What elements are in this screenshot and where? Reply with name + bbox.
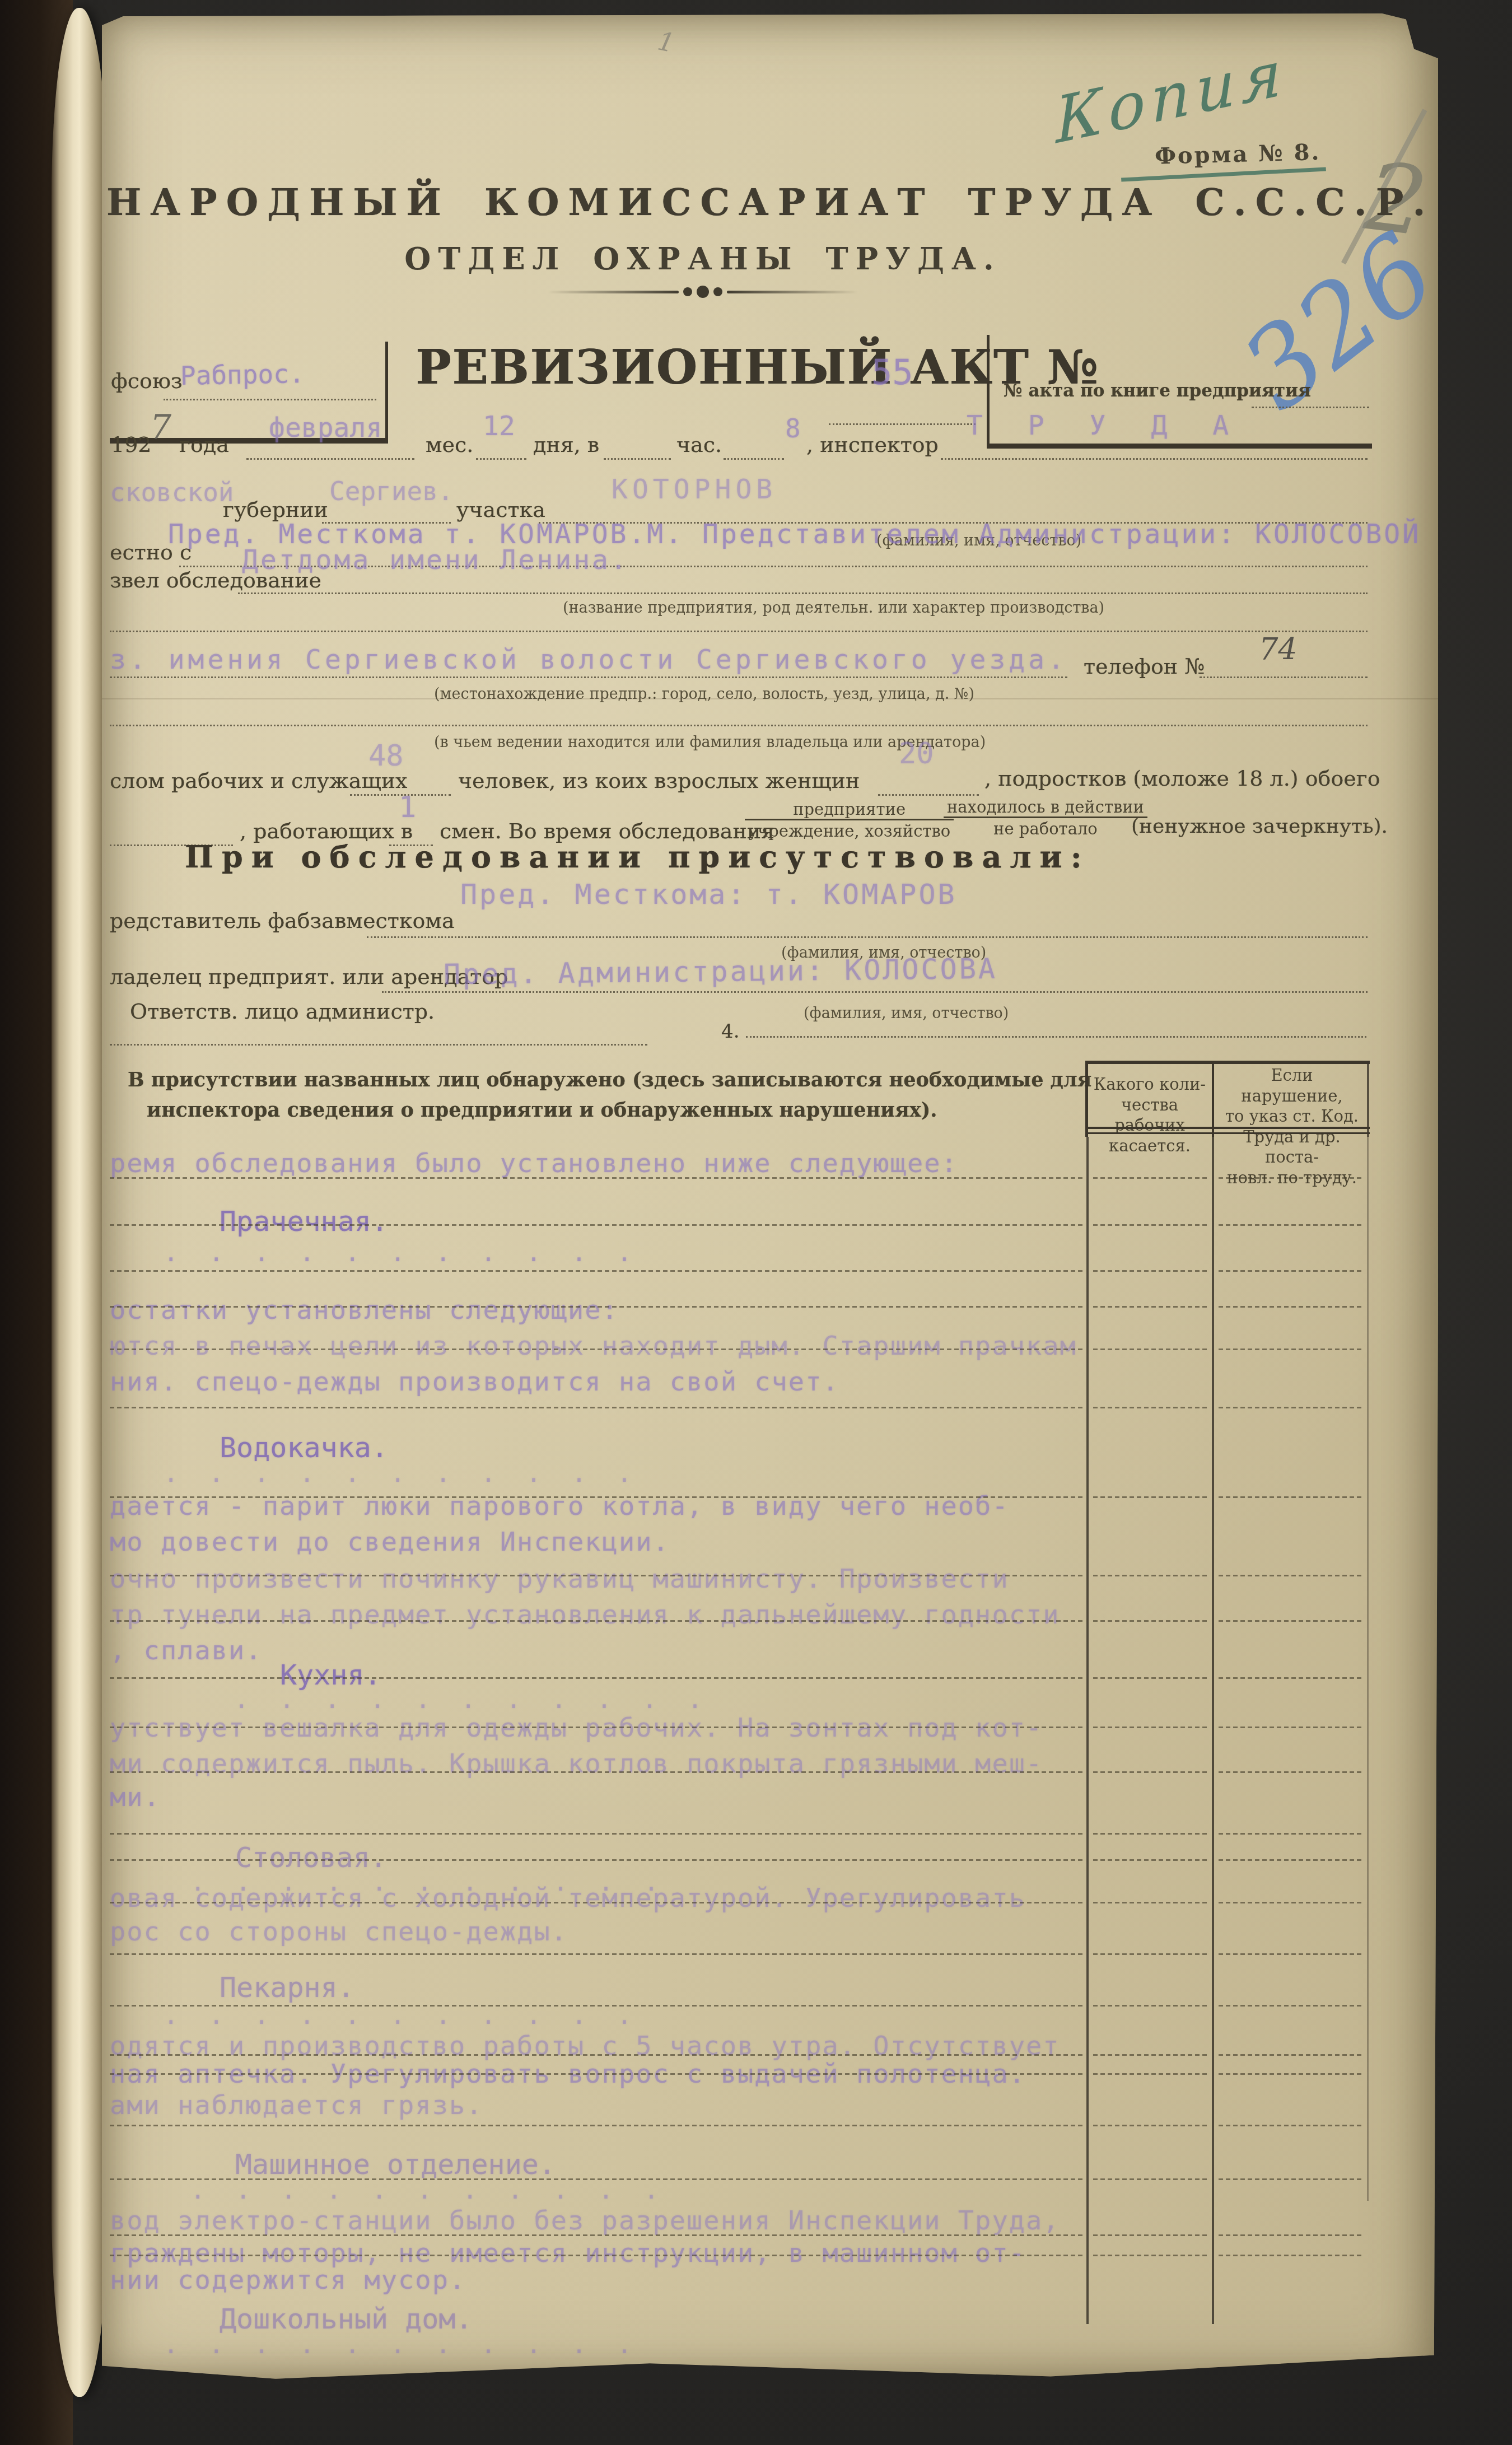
month-typed: февраля [269,412,382,444]
ruled-dashed-line [1093,1575,1207,1576]
form-number-stamp: Форма № 8. [1154,139,1320,170]
dotted-line [382,991,1368,993]
ruled-dashed-line [110,2178,1083,2180]
ruled-dashed-line [1093,1349,1207,1350]
body-line: мо довести до сведения Инспекции. [110,1527,670,1557]
ruled-dashed-line [110,2255,1083,2256]
page-edge-curl [52,8,108,2397]
table-double-rule [1085,1132,1370,1134]
ruled-dashed-line [110,2125,1083,2126]
union-value-typed: Рабпрос. [180,358,305,391]
option-predpriyatie: предприятие учреждение, хозяйство [745,800,954,841]
dotted-line [110,725,1368,726]
ruled-dashed-line [1093,2005,1207,2007]
ruled-dashed-line [1219,1270,1364,1272]
survey-note: (название предприятия, род деятельн. или… [563,599,1104,617]
workers-label1: слом рабочих и служащих [110,768,408,793]
act-book-label: № акта по книге предприятия [1004,381,1311,401]
typed-dots: . . . . . . . . . . . [164,1459,640,1488]
ruled-dashed-line [1219,1306,1364,1308]
ruled-dashed-line [1093,1224,1207,1226]
present-item4: 4. [721,1020,739,1043]
ruled-dashed-line [1219,1224,1364,1226]
ruled-dashed-line [1219,1953,1364,1955]
workers-label3: , подростков (моложе 18 л.) обоего [984,766,1380,791]
ruled-dashed-line [110,1349,1083,1350]
ruled-dashed-line [110,1306,1083,1308]
ruled-dashed-line [1093,1771,1207,1773]
day-word: дня, в [533,432,599,457]
table-border-left [1085,1061,1088,1137]
act-title: РЕВИЗИОННЫЙ АКТ № [416,339,1099,395]
ruled-dashed-line [1219,1349,1364,1350]
ruled-dashed-line [1219,1620,1364,1622]
inspector-typed: Т Р У Д А [967,410,1243,441]
ruled-dashed-line [110,1224,1083,1226]
location-value-typed: з. имения Сергиевской волости Сергиевско… [110,644,1067,675]
typed-dots: . . . . . . . . . . . [190,2176,666,2205]
ruled-dashed-line [1219,2125,1364,2126]
workers-total-typed: 48 [368,739,404,773]
option-deistvie: находилось в действии не работало [944,797,1147,838]
dotted-line [110,631,1368,632]
ruled-dashed-line [1093,1306,1207,1308]
ruled-dashed-line [1219,1575,1364,1576]
phone-label: телефон № [1084,654,1205,679]
body-line: очно произвести починку рукавиц машинист… [110,1564,1009,1594]
dotted-line [476,458,526,460]
ruled-dashed-line [1093,1620,1207,1622]
guberniya-name-typed: Сергиев. [329,476,454,506]
ruled-dashed-line [1093,2073,1207,2075]
ruled-dashed-line [1219,2234,1364,2236]
ruled-dashed-line [110,2073,1083,2075]
ruled-dashed-line [1219,1833,1364,1835]
ruled-dashed-line [1219,1727,1364,1728]
year-handwritten: 7 [150,408,171,447]
table-border-right [1367,1061,1369,1137]
option1-bottom: учреждение, хозяйство [745,819,954,841]
present-row1-label: редставитель фабзавместкома [110,908,455,933]
table-top-rule [1085,1061,1370,1064]
dotted-line [829,423,976,425]
body-line: рос со стороны спецо-дежды. [110,1916,568,1947]
body-line: овая содержится с холодной температурой.… [110,1883,1026,1914]
table-column-line [1212,1137,1214,2324]
act-number-typed: 55 [871,352,913,393]
workers-women-typed: 20 [899,737,934,771]
present-heading: При обследовании присутствовали: [185,839,1090,875]
ruled-dashed-line [110,1177,1083,1179]
day-typed: 12 [483,410,515,442]
ruled-dashed-line [110,1270,1083,1272]
dotted-line [604,458,671,460]
ruled-dashed-line [110,1575,1083,1576]
ruled-dashed-line [1093,2125,1207,2126]
ruled-dashed-line [1219,1177,1364,1179]
body-line: дается - парит люки парового котла, в ви… [110,1491,1009,1522]
ruled-dashed-line [1093,1496,1207,1498]
findings-intro-line2: инспектора сведения о предприятии и обна… [147,1099,937,1122]
survey-value-typed: Детдома имени Ленина. [242,544,629,576]
section-laundry: Прачечная. [220,1205,388,1238]
body-line: остатки установлены следующие: [110,1295,619,1326]
ruled-dashed-line [1219,2255,1364,2256]
ruled-dashed-line [1093,1677,1207,1679]
ruled-dashed-line [110,1833,1083,1835]
shifts-label3: (ненужное зачеркнуть). [1131,815,1388,838]
dotted-line [1252,407,1369,408]
ruled-dashed-line [110,1407,1083,1408]
mes-word: мес. [426,432,473,457]
option2-bottom: не работало [944,816,1147,838]
present-row2-typed: Пред. Администрации: КОЛОСОВА [444,953,998,991]
vertical-rule [385,342,388,444]
ruled-dashed-line [110,2234,1083,2236]
findings-intro-line1: В присутствии названных лиц обнаружено (… [128,1068,1091,1091]
present-row1-typed: Пред. Месткома: т. КОМАРОВ [460,878,957,911]
ruled-dashed-line [1219,1771,1364,1773]
typed-dots: . . . . . . . . . . . [164,1239,640,1267]
ruled-dashed-line [1219,1496,1364,1498]
ruled-dashed-line [1093,1270,1207,1272]
dotted-line [110,676,1067,678]
ruled-dashed-line [1219,2178,1364,2180]
ruled-dashed-line [1219,1859,1364,1861]
body-line: одятся и производство работы с 5 часов у… [110,2031,1060,2061]
typed-dots: . . . . . . . . . . . [234,1686,710,1714]
ruled-dashed-line [1219,2054,1364,2056]
ruled-dashed-line [1093,1902,1207,1903]
dotted-line [367,936,1368,938]
option2-top: находилось в действии [944,797,1147,816]
body-line: ются в печах цели из которых находит дым… [110,1331,1077,1361]
dotted-line [878,794,979,796]
body-line: , сплави. [110,1635,263,1666]
union-label: фсоюз [111,368,183,393]
archival-document-photo: 1 Копия Форма № 8. 2 326 НАРОДНЫЙ КОМИСС… [0,0,1512,2445]
body-line: ния. спецо-дежды производится на свой сч… [110,1366,839,1397]
ruled-dashed-line [1093,2234,1207,2236]
ruled-dashed-line [110,2005,1083,2007]
body-line: ми содержится пыль. Крышка котлов покрыт… [110,1748,1043,1779]
ruled-dashed-line [110,1953,1083,1955]
body-line: тр тунели на предмет установления к даль… [110,1599,1060,1630]
present-row2-label2: Ответств. лицо администр. [130,999,435,1024]
dotted-line [246,458,414,460]
ruled-dashed-line [1093,2178,1207,2180]
ruled-dashed-line [110,1771,1083,1773]
typed-dots: . . . . . . . . . . . [164,2331,640,2359]
body-line: ами наблюдается грязь. [110,2090,483,2121]
dotted-line [164,399,376,400]
section-bakery: Пекарня. [220,1971,354,2004]
present-row2-note: (фамилия, имя, отчество) [804,1005,1009,1022]
ruled-dashed-line [110,1727,1083,1728]
ruled-dashed-line [1093,2255,1207,2256]
ruled-dashed-line [110,1496,1083,1498]
ruled-dashed-line [1093,1859,1207,1861]
location-note: (местонахождение предпр.: город, село, в… [434,685,974,703]
year-word: года [179,432,229,457]
table-border-middle [1212,1061,1214,1137]
ruled-dashed-line [1093,1727,1207,1728]
ruled-dashed-line [1219,1902,1364,1903]
ruled-dashed-line [110,1902,1083,1903]
workers-label2: человек, из коих взрослых женщин [458,768,860,793]
phone-number: 74 [1259,632,1298,667]
ruled-dashed-line [1219,1677,1364,1679]
body-line: граждены моторы, не имеется инструкции, … [110,2238,1026,2269]
dotted-line [110,1044,647,1046]
year-print: 192 [111,432,152,457]
ruled-dashed-line [110,1620,1083,1622]
ruled-dashed-line [1093,1177,1207,1179]
body-line: вод электро-станции было без разрешения … [110,2205,1060,2236]
option1-top: предприятие [745,800,954,819]
guberniya-fragment-typed: сковской [110,477,234,507]
ruled-dashed-line [110,1677,1083,1679]
uchastok-name-typed: КОТОРНОВ [612,474,777,505]
ruled-dashed-line [1093,1833,1207,1835]
dotted-line [746,1036,1366,1038]
table-column-line [1086,1137,1089,2324]
body-line: нии содержится мусор. [110,2265,466,2295]
ruled-dashed-line [1093,1407,1207,1408]
dotted-line [1200,676,1368,678]
ruled-dashed-line [1219,2073,1364,2075]
ruled-dashed-line [1093,1953,1207,1955]
ruled-dashed-line [110,1859,1083,1861]
ruled-dashed-line [110,2054,1083,2056]
hour-word: час. [676,432,722,457]
dotted-line [724,458,784,460]
ornament-divider [524,284,882,299]
body-intro: ремя обследования было установлено ниже … [110,1148,958,1179]
inspector-label: , инспектор [806,432,939,457]
ruled-dashed-line [1219,2005,1364,2007]
org-title-line2: ОТДЕЛ ОХРАНЫ ТРУДА. [106,241,1299,277]
org-title-line1: НАРОДНЫЙ КОМИССАРИАТ ТРУДА С.С.С.Р. [106,180,1299,224]
table-double-rule [1085,1127,1370,1129]
dotted-line [238,592,1368,594]
shifts-typed: 1 [399,791,416,824]
table-column-line [1367,1137,1369,2201]
ruled-dashed-line [1093,2054,1207,2056]
body-line: ми. [110,1782,161,1813]
thick-rule [987,444,1372,449]
hour-typed: 8 [785,413,801,444]
dotted-line [941,458,1368,460]
ruled-dashed-line [1219,1407,1364,1408]
table-col1-header: Какого коли- чества рабочих касается. [1091,1074,1208,1156]
